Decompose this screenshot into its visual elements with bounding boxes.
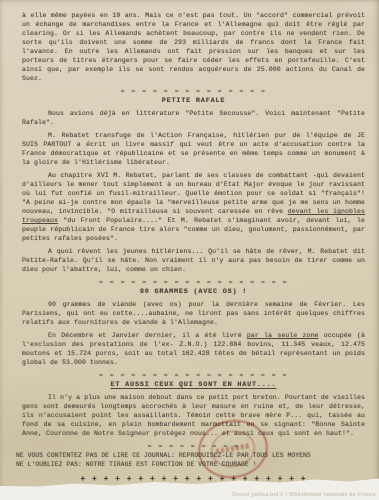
gallica-watermark-text: Source gallica.bnf.fr / Bibliothèque nat… [231,492,376,498]
underlined-phrase: par la seule zone [247,332,319,339]
section-heading-ceux-en-haut: ET AUSSI CEUX QUI SONT EN HAUT.... [22,381,365,390]
section-heading-petite-rafale: PETITE RAFALE [22,97,365,106]
footer-appeal-line-1: NE VOUS CONTENTEZ PAS DE LIRE CE JOURNAL… [16,452,365,461]
paper-sheet: à elle même payées en 10 ans. Mais ce n'… [0,0,379,500]
paragraph-chapitre-xvi: Au chapitre XVI M. Rebatet, parlant de s… [22,171,365,243]
typed-separator: = = = = = = = = = = = = = = = = = = [22,278,365,287]
plus-signs-row: + + + + + + + + + + + + + + + + + + + + [22,475,365,484]
footer-appeal-line-2: NE L'OUBLIEZ PAS: NOTRE TIRAGE EST FONCT… [16,461,365,470]
paragraph-port-breton: Il n'y a plus une maison debout dans ce … [22,393,365,438]
paragraph-petite-secousse: Nous avions déjà en littérature "Petite … [22,109,365,127]
scanned-document-page: à elle même payées en 10 ans. Mais ce n'… [0,0,379,500]
typed-separator: = = = = = = = = = = = = = = [22,87,365,96]
paragraph-intro-commercial-accord: à elle même payées en 10 ans. Mais ce n'… [22,11,365,83]
paragraph-text: "du Front Populaire...." Et M. Rebatet s… [22,217,365,242]
paragraph-viande-parisiens: 90 grammes de viande (avec os) pour la d… [22,300,365,327]
section-heading-90-grammes: 90 GRAMMES (AVEC OS) ! [22,288,365,297]
paragraph-text: En Décembre et Janvier dernier, il a été… [48,332,247,339]
paragraph-rebatet-livre: M. Rebatet transfuge de l'Action Françai… [22,131,365,167]
paragraph-livraisons-betail: En Décembre et Janvier dernier, il a été… [22,331,365,367]
paragraph-jeunes-hitleriens: A quoi rêvent les jeunes hitlériens... Q… [22,247,365,274]
typed-separator-short: = = = = = = = = = [22,442,365,451]
typed-separator: = = = = = = = = = = = = = = = = = = [22,371,365,380]
